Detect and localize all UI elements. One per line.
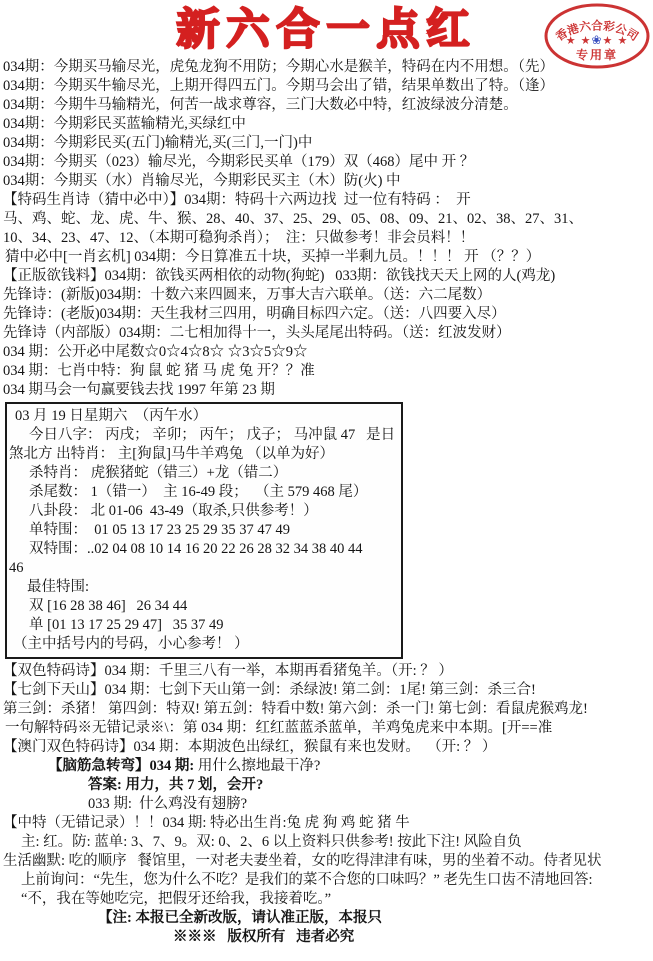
text-line: 【注: 本报已全新改版，请认准正版，本报只 (3, 909, 653, 928)
text-run: 用什么擦地最干净? (198, 758, 320, 774)
daily-info-box: 03 月 19 日星期六 （丙午水）今日八字： 丙戌； 辛卯； 丙午； 戊子； … (5, 402, 403, 659)
text-run: 03 月 19 日星期六 （丙午水） (15, 408, 207, 424)
text-line: 【正版欲钱料】034期：欲钱买两相依的动物(狗蛇) 033期：欲钱找天天上网的人… (3, 267, 653, 286)
text-line: 生活幽默: 吃的顺序 餐馆里，一对老夫妻坐着，女的吃得津津有味，男的坐着不动。侍… (3, 852, 653, 871)
text-run: 答案: 用力，共 7 划，会开? (88, 777, 263, 793)
text-run: 【特码生肖诗（猜中必中）】034期：特码十六两边找 过一位有特码 ： 开 (3, 192, 471, 208)
text-run: 马、鸡、蛇、龙、虎、牛、猴、28、40、37、25、29、05、08、09、21… (3, 211, 583, 227)
text-line: 马、鸡、蛇、龙、虎、牛、猴、28、40、37、25、29、05、08、09、21… (3, 210, 653, 229)
text-run: 【中特（无错记录）！！034 期: 特必出生肖:兔 虎 狗 鸡 蛇 猪 牛 (3, 815, 410, 831)
text-line: 煞北方 出特肖： 主[狗鼠]马牛羊鸡兔 （以单为好） (9, 445, 401, 464)
text-line: 双特围：..02 04 08 10 14 16 20 22 26 28 32 3… (9, 540, 401, 559)
text-line: 先锋诗：(老版)034期：天生我材三四用，明确目标四六定。（送：八四要入尽） (3, 305, 653, 324)
text-run: 034 期：公开必中尾数☆0☆4☆8☆ ☆3☆5☆9☆ (3, 344, 308, 360)
text-line: 034期：今期牛马输精光，何苦一战求尊容，三门大数必中特，红波绿波分清楚。 (3, 96, 653, 115)
text-line: 第三剑：杀猪！ 第四剑：特双! 第五剑：特看中数! 第六剑：杀一门! 第七剑：看… (3, 700, 653, 719)
text-run: 单 [01 13 17 25 29 47] 35 37 49 (29, 617, 224, 633)
text-run: 八卦段： 北 01-06 43-49（取杀,只供参考！） (29, 503, 318, 519)
text-line: 【特码生肖诗（猜中必中）】034期：特码十六两边找 过一位有特码 ： 开 (3, 191, 653, 210)
text-run: 双特围：..02 04 08 10 14 16 20 22 26 28 32 3… (29, 541, 363, 557)
text-run: 【澳门双色特码诗】034 期：本期波色出绿红，猴鼠有来也发财。 （开: ？ ） (3, 739, 496, 755)
page-content: 034期：今期买马输尽光，虎兔龙狗不用防；今期心水是猴羊，特码在内不用想。（先）… (0, 58, 653, 947)
text-line: 034期：今期买（023）输尽光，今期彩民买单（179）双（468）尾中 开 ？ (3, 153, 653, 172)
text-line: 【双色特码诗】034 期：千里三八有一举，本期再看猪兔羊。（开: ？ ） (3, 662, 653, 681)
text-run: 双 [16 28 38 46] 26 34 44 (29, 598, 187, 614)
text-run: 杀特肖： 虎猴猪蛇（错三）+龙（错二） (29, 465, 287, 481)
text-line: 03 月 19 日星期六 （丙午水） (9, 407, 401, 426)
text-run: 【注: 本报已全新改版，请认准正版，本报只 (98, 910, 382, 926)
text-line: 034期：今期买牛输尽光，上期开得四五门。今期马会出了错，结果单数出了特。（逢） (3, 77, 653, 96)
text-run: 主: 红。防: 蓝单: 3、7、9。双: 0、2、6 以上资料只供参考! 按此下… (21, 834, 522, 850)
text-run: 034 期：七肖中特：狗 鼠 蛇 猪 马 虎 兔 开？？准 (3, 363, 315, 379)
flower-icon: ❀ (591, 33, 602, 47)
text-run: 煞北方 出特肖： 主[狗鼠]马牛羊鸡兔 （以单为好） (9, 446, 334, 462)
text-line: 单特围： 01 05 13 17 23 25 29 35 37 47 49 (9, 521, 401, 540)
text-run: ※※※ 版权所有 违者必究 (173, 929, 354, 945)
text-run: 第三剑：杀猪！ 第四剑：特双! 第五剑：特看中数! 第六剑：杀一门! 第七剑：看… (3, 701, 588, 717)
text-line: 一句解特码※无错记录※\：第 034 期：红红蓝蓝杀蓝单，羊鸡兔虎来中本期。[开… (3, 719, 653, 738)
text-run: 上前询问：“先生，您为什么不吃？是我们的菜不合您的口味吗？” 老先生口齿不清地回… (21, 872, 593, 888)
text-run: （主中括号内的号码，小心参考！ ） (13, 636, 249, 652)
text-run: 【七剑下天山】034 期：七剑下天山第一剑：杀绿波! 第二剑：1尾! 第三剑：杀… (3, 682, 536, 698)
text-line: 杀尾数： 1（错一） 主 16-49 段； （主 579 468 尾） (9, 483, 401, 502)
text-line: 主: 红。防: 蓝单: 3、7、9。双: 0、2、6 以上资料只供参考! 按此下… (3, 833, 653, 852)
text-line: 双 [16 28 38 46] 26 34 44 (9, 597, 401, 616)
text-line: 猜中必中[一肖玄机] 034期：今日算准五十块，买掉一半剩九员。！！！ 开 （？… (3, 248, 653, 267)
text-line: 先锋诗：(新版)034期：十数六来四圆来，万事大吉六联单。（送：六二尾数） (3, 286, 653, 305)
text-run: 一句解特码※无错记录※\：第 034 期：红红蓝蓝杀蓝单，羊鸡兔虎来中本期。[开… (5, 720, 552, 736)
text-line: 单 [01 13 17 25 29 47] 35 37 49 (9, 616, 401, 635)
text-run: 034期：今期牛马输精光，何苦一战求尊容，三门大数必中特，红波绿波分清楚。 (3, 97, 518, 113)
text-line: 今日八字： 丙戌； 辛卯； 丙午； 戊子； 马冲鼠 47 是日 (9, 426, 401, 445)
text-run: 杀尾数： 1（错一） 主 16-49 段； （主 579 468 尾） (29, 484, 367, 500)
text-line: 034 期：七肖中特：狗 鼠 蛇 猪 马 虎 兔 开？？准 (3, 362, 653, 381)
official-seal-icon: 香港六合彩公司 ★ ★❀★ ★ 专用章 (543, 2, 651, 70)
text-run: 46 (9, 560, 24, 576)
text-line: 【七剑下天山】034 期：七剑下天山第一剑：杀绿波! 第二剑：1尾! 第三剑：杀… (3, 681, 653, 700)
text-line: 46 (9, 559, 401, 578)
text-line: 034期：今期买（水）肖输尽光，今期彩民买主（木）防(火) 中 (3, 172, 653, 191)
text-line: 答案: 用力，共 7 划，会开? (3, 776, 653, 795)
text-line: 最佳特围: (9, 578, 401, 597)
text-run: 先锋诗（内部版）034期：二七相加得十一，头头尾尾出特码。（送：红波发财） (3, 325, 511, 341)
text-line: 【澳门双色特码诗】034 期：本期波色出绿红，猴鼠有来也发财。 （开: ？ ） (3, 738, 653, 757)
newspaper-page: 新六合一点红 香港六合彩公司 ★ ★❀★ ★ 专用章 034期：今期买马输尽光，… (0, 0, 653, 961)
text-run: 【正版欲钱料】034期：欲钱买两相依的动物(狗蛇) 033期：欲钱找天天上网的人… (3, 268, 555, 284)
text-line: 上前询问：“先生，您为什么不吃？是我们的菜不合您的口味吗？” 老先生口齿不清地回… (3, 871, 653, 890)
seal-purpose-text: 专用章 (576, 47, 618, 62)
text-line: 033 期: 什么鸡没有翅膀? (3, 795, 653, 814)
text-line: 034 期：公开必中尾数☆0☆4☆8☆ ☆3☆5☆9☆ (3, 343, 653, 362)
masthead: 新六合一点红 香港六合彩公司 ★ ★❀★ ★ 专用章 (0, 0, 653, 58)
text-run: 最佳特围: (27, 579, 89, 595)
text-run: “不，我在等她吃完，把假牙还给我，我接着吃。” (21, 891, 331, 907)
text-run: 【双色特码诗】034 期：千里三八有一举，本期再看猪兔羊。（开: ？ ） (3, 663, 453, 679)
text-run: 033 期: 什么鸡没有翅膀? (88, 796, 247, 812)
text-line: ※※※ 版权所有 违者必究 (3, 928, 653, 947)
text-run: 今日八字： 丙戌； 辛卯； 丙午； 戊子； 马冲鼠 47 是日 (29, 427, 395, 443)
text-line: 【脑筋急转弯】034 期: 用什么擦地最干净? (3, 757, 653, 776)
text-line: 八卦段： 北 01-06 43-49（取杀,只供参考！） (9, 502, 401, 521)
text-run: 10、34、23、47、12、（本期可稳狗杀肖）； 注：只做参考！非会员料！！ (3, 230, 474, 246)
text-line: （主中括号内的号码，小心参考！ ） (9, 635, 401, 654)
text-run: 034 期马会一句赢要钱去找 1997 年第 23 期 (3, 382, 275, 398)
text-line: 先锋诗（内部版）034期：二七相加得十一，头头尾尾出特码。（送：红波发财） (3, 324, 653, 343)
seal-stars: ★ ★❀★ ★ (566, 33, 629, 47)
bottom-section: 【双色特码诗】034 期：千里三八有一举，本期再看猪兔羊。（开: ？ ）【七剑下… (3, 662, 653, 947)
text-run: 先锋诗：(老版)034期：天生我材三四用，明确目标四六定。（送：八四要入尽） (3, 306, 506, 322)
text-line: “不，我在等她吃完，把假牙还给我，我接着吃。” (3, 890, 653, 909)
text-run: 034期：今期彩民买(五门)输精光,买(三门,一门)中 (3, 135, 312, 151)
text-run: 034期：今期彩民买蓝输精光,买绿红中 (3, 116, 246, 132)
text-run: 034期：今期买牛输尽光，上期开得四五门。今期马会出了错，结果单数出了特。（逢） (3, 78, 554, 94)
text-line: 034 期马会一句赢要钱去找 1997 年第 23 期 (3, 381, 653, 400)
text-line: 10、34、23、47、12、（本期可稳狗杀肖）； 注：只做参考！非会员料！！ (3, 229, 653, 248)
text-run: 034期：今期买马输尽光，虎兔龙狗不用防；今期心水是猴羊，特码在内不用想。（先） (3, 59, 554, 75)
text-run: 先锋诗：(新版)034期：十数六来四圆来，万事大吉六联单。（送：六二尾数） (3, 287, 491, 303)
text-run: 单特围： 01 05 13 17 23 25 29 35 37 47 49 (29, 522, 290, 538)
text-run: 【脑筋急转弯】034 期: (48, 758, 198, 774)
tips-section: 034期：今期买马输尽光，虎兔龙狗不用防；今期心水是猴羊，特码在内不用想。（先）… (3, 58, 653, 400)
text-line: 【中特（无错记录）！！034 期: 特必出生肖:兔 虎 狗 鸡 蛇 猪 牛 (3, 814, 653, 833)
text-run: 034期：今期买（023）输尽光，今期彩民买单（179）双（468）尾中 开 ？ (3, 154, 474, 170)
text-line: 034期：今期彩民买(五门)输精光,买(三门,一门)中 (3, 134, 653, 153)
text-run: 生活幽默: 吃的顺序 餐馆里，一对老夫妻坐着，女的吃得津津有味，男的坐着不动。侍… (3, 853, 602, 869)
text-line: 034期：今期彩民买蓝输精光,买绿红中 (3, 115, 653, 134)
text-run: 猜中必中[一肖玄机] 034期：今日算准五十块，买掉一半剩九员。！！！ 开 （？… (5, 249, 540, 265)
text-line: 杀特肖： 虎猴猪蛇（错三）+龙（错二） (9, 464, 401, 483)
text-run: 034期：今期买（水）肖输尽光，今期彩民买主（木）防(火) 中 (3, 173, 401, 189)
